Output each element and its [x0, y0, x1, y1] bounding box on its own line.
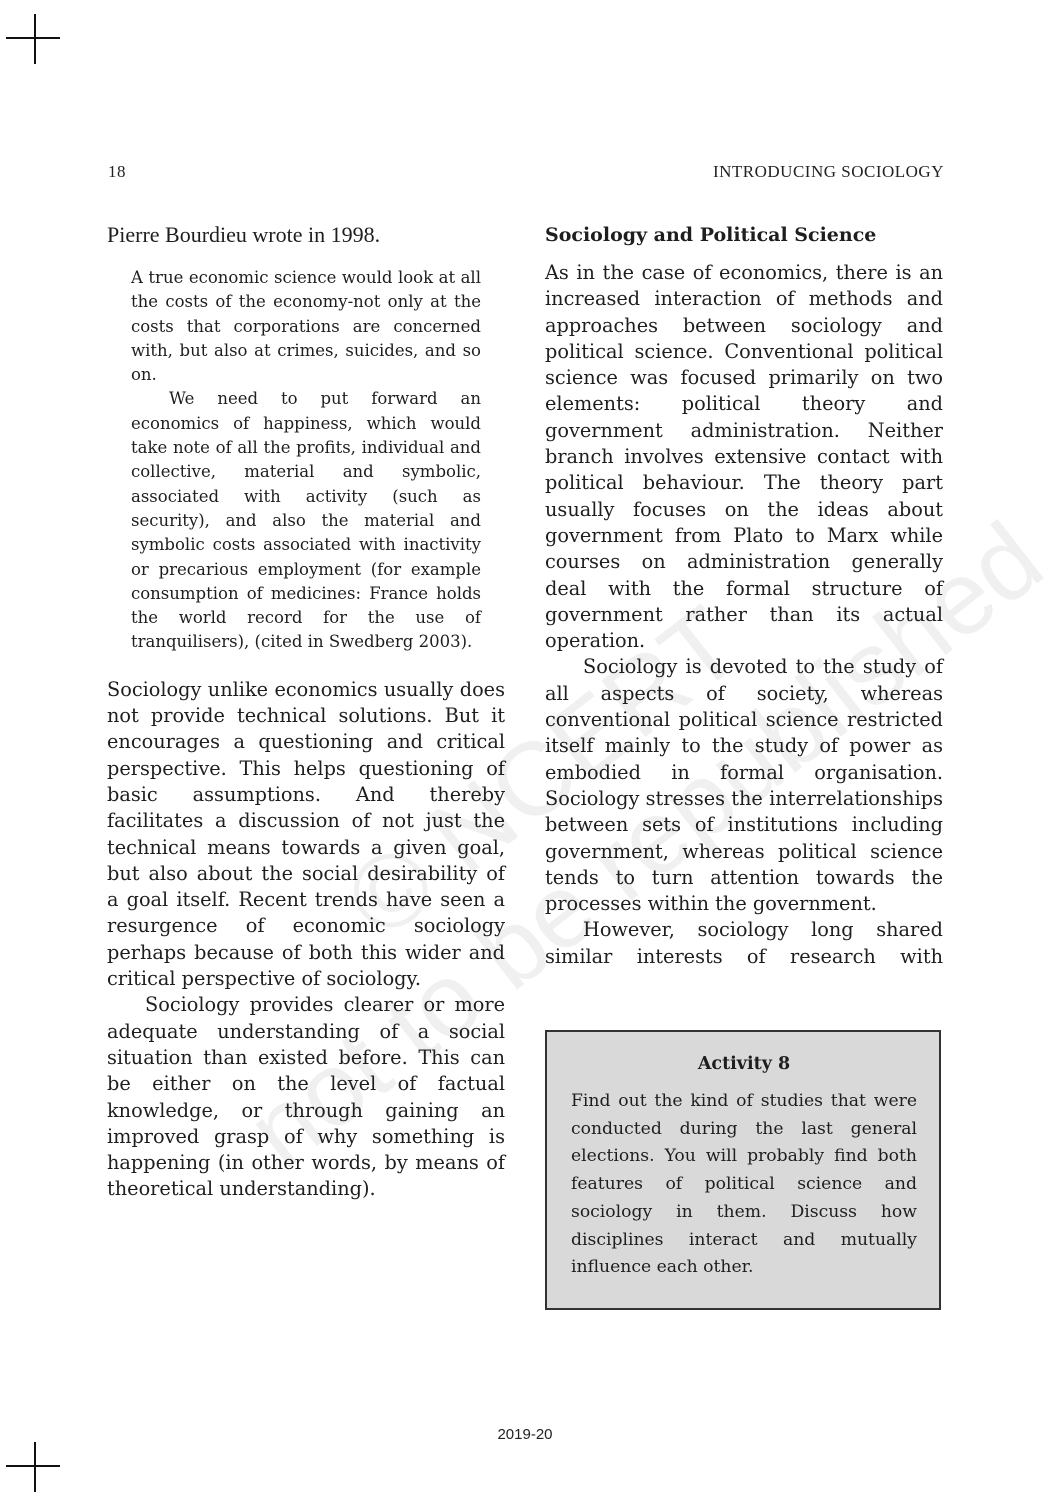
body-paragraph: Sociology provides clearer or more adequ…	[107, 992, 505, 1202]
page-number: 18	[108, 162, 126, 182]
activity-text: Find out the kind of studies that were c…	[571, 1088, 917, 1282]
activity-box: Activity 8 Find out the kind of studies …	[545, 1030, 941, 1310]
quote-paragraph: A true economic science would look at al…	[131, 266, 481, 387]
activity-title: Activity 8	[571, 1054, 917, 1074]
crop-mark-bottom-horizontal	[6, 1465, 60, 1467]
chapter-title: INTRODUCING SOCIOLOGY	[713, 162, 944, 182]
body-paragraph: Sociology unlike economics usually does …	[107, 677, 505, 993]
section-heading: Sociology and Political Science	[545, 222, 943, 248]
quote-paragraph: We need to put forward an economics of h…	[131, 387, 481, 654]
body-paragraph: As in the case of economics, there is an…	[545, 260, 943, 654]
crop-mark-top-vertical	[34, 14, 36, 64]
quote-lead-in: Pierre Bourdieu wrote in 1998.	[107, 222, 505, 248]
crop-mark-bottom-vertical	[34, 1442, 36, 1492]
footer-year: 2019-20	[0, 1426, 1050, 1443]
crop-mark-top-horizontal	[6, 37, 60, 39]
right-column: Sociology and Political Science As in th…	[545, 222, 943, 970]
body-paragraph: However, sociology long shared similar i…	[545, 917, 943, 970]
body-paragraph: Sociology is devoted to the study of all…	[545, 654, 943, 917]
left-column: Pierre Bourdieu wrote in 1998. A true ec…	[107, 222, 505, 1203]
block-quote: A true economic science would look at al…	[131, 266, 481, 655]
